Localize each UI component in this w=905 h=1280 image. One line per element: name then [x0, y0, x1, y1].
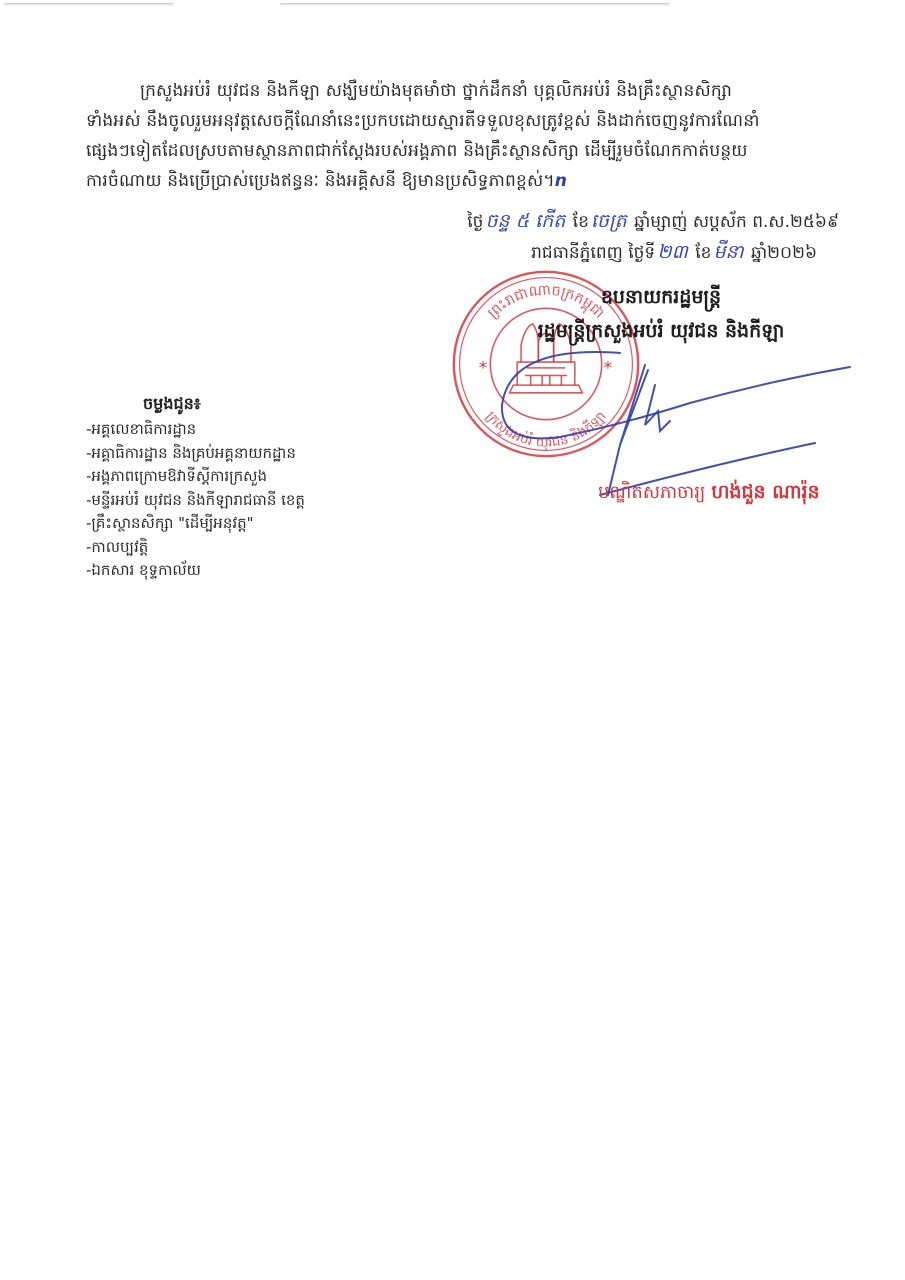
cc-recipient: -កាលប្បវត្តិ — [86, 536, 305, 560]
paragraph-line-text: ការចំណាយ និងប្រើប្រាស់ប្រេងឥន្ធនៈ និងអគ្… — [86, 171, 555, 191]
scan-edge-shadow-center — [280, 3, 670, 6]
cc-recipient: -អង្គភាពក្រោមឱវាទីស្ដីការក្រសួង — [86, 465, 305, 489]
solar-month-prefix: ខែ — [695, 243, 711, 263]
solar-date: រាជធានីភ្នំពេញ ថ្ងៃទី២៣ ខែមីនា ឆ្នាំ២០២៦ — [467, 237, 817, 268]
signatory-title-deputy-pm: ឧបនាយករដ្ឋមន្ត្រី — [486, 280, 836, 314]
body-paragraph: ក្រសួងអប់រំ យុវជន និងកីឡា សង្ឃឹមយ៉ាងមុតម… — [86, 76, 856, 196]
cc-recipient-list: -អគ្គលេខាធិការដ្ឋាន -អគ្គាធិការដ្ឋាន និង… — [86, 418, 305, 583]
signer-name: បណ្ឌិតសភាចារ្យហង់ជួន ណារ៉ុន — [598, 480, 820, 508]
solar-day-handwritten: ២៣ — [655, 241, 690, 263]
paragraph-line: ផ្សេងៗទៀតដែលស្របតាមស្ថានភាពជាក់ស្ដែងរបស់… — [86, 136, 856, 166]
solar-month-handwritten: មីនា — [711, 241, 745, 263]
scan-edge-shadow-left — [4, 3, 174, 6]
signer-full-name: ហង់ជួន ណារ៉ុន — [711, 481, 819, 503]
signatory-title-minister: រដ្ឋមន្ត្រីក្រសួងអប់រំ យុវជន និងកីឡា — [486, 314, 836, 348]
lunar-date-prefix: ថ្ងៃ — [467, 212, 483, 232]
cc-recipient: -មន្ទីរអប់រំ យុវជន និងកីឡារាជធានី ខេត្ត — [86, 489, 305, 513]
cc-recipient: -អគ្គាធិការដ្ឋាន និងគ្រប់អគ្គនាយកដ្ឋាន — [86, 442, 305, 466]
solar-date-prefix: រាជធានីភ្នំពេញ ថ្ងៃទី — [531, 243, 655, 263]
signer-honorific: បណ្ឌិតសភាចារ្យ — [598, 482, 705, 503]
paragraph-line-last: ការចំណាយ និងប្រើប្រាស់ប្រេងឥន្ធនៈ និងអគ្… — [86, 166, 856, 196]
paragraph-line: ទាំងអស់ នឹងចូលរួមអនុវត្តសេចក្ដីណែនាំនេះប… — [86, 106, 856, 136]
paragraph-line: ក្រសួងអប់រំ យុវជន និងកីឡា សង្ឃឹមយ៉ាងមុតម… — [86, 76, 856, 106]
lunar-day-handwritten: ចន្ទ ៥ កើត — [483, 210, 567, 232]
cc-title: ចម្លងជូន៖ — [143, 393, 201, 417]
lunar-month-handwritten: ចេត្រ — [589, 210, 629, 232]
lunar-date-suffix: ឆ្នាំម្សាញ់ សប្តស័ក ព.ស.២៥៦៩ — [634, 212, 839, 232]
handwritten-initial-mark: n — [555, 171, 567, 191]
cc-recipient: -គ្រឹះស្ថានសិក្សា "ដើម្បីអនុវត្ត" — [86, 512, 305, 536]
cc-recipient: -ឯកសារ ខុទ្ទកាល័យ — [86, 559, 305, 583]
lunar-month-prefix: ខែ — [573, 212, 589, 232]
cc-recipient: -អគ្គលេខាធិការដ្ឋាន — [86, 418, 305, 442]
solar-date-suffix: ឆ្នាំ២០២៦ — [751, 243, 817, 263]
lunar-date: ថ្ងៃចន្ទ ៥ កើត ខែចេត្រ ឆ្នាំម្សាញ់ សប្តស… — [467, 206, 839, 237]
date-block: ថ្ងៃចន្ទ ៥ កើត ខែចេត្រ ឆ្នាំម្សាញ់ សប្តស… — [467, 206, 839, 268]
signatory-block: ឧបនាយករដ្ឋមន្ត្រី រដ្ឋមន្ត្រីក្រសួងអប់រំ… — [486, 280, 836, 348]
